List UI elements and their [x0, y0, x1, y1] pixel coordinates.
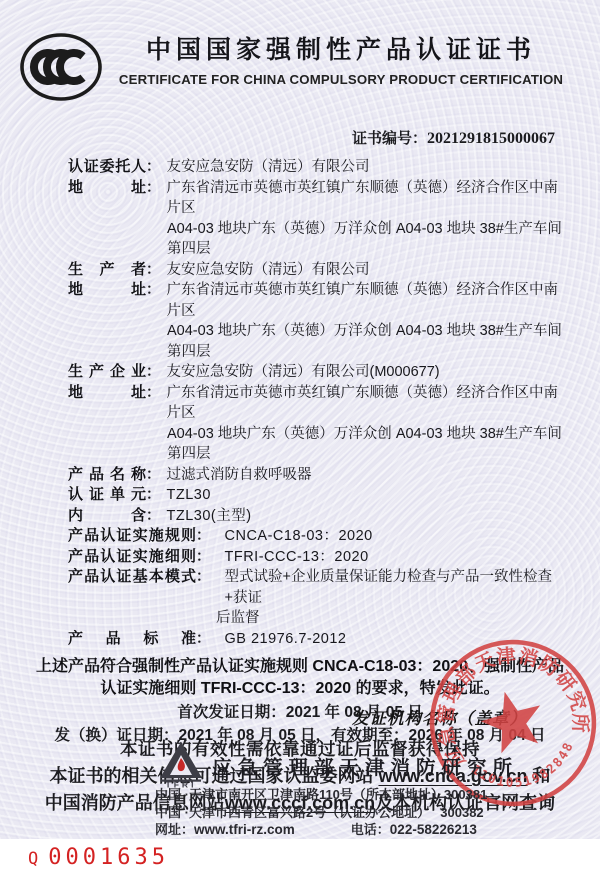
certificate-number-row: 证书编号：2021291815000067: [352, 127, 600, 148]
field-label: 地址: [68, 178, 146, 199]
field-colon: ：: [196, 547, 211, 568]
certificate-subtitle: CERTIFICATE FOR CHINA COMPULSORY PRODUCT…: [106, 72, 576, 87]
field-value: CNCA-C18-03：2020: [225, 526, 563, 547]
field-value: 型式试验+企业质量保证能力检查与产品一致性检查+获证: [225, 567, 563, 608]
field-colon: ：: [146, 383, 161, 404]
phone-label: 电话：: [351, 822, 390, 837]
field-colon: ：: [146, 485, 161, 506]
field-label: 内含: [68, 506, 146, 527]
certificate-serial: Q0001635: [28, 845, 169, 870]
field-colon: ：: [146, 465, 161, 486]
field-value: TFRI-CCC-13：2020: [225, 547, 563, 568]
field-value-line2: A04-03 地块广东（英德）万洋众创 A04-03 地块 38#生产车间第四层: [167, 424, 562, 465]
certificate-title: 中国国家强制性产品认证证书: [106, 30, 576, 66]
field-value: 广东省清远市英德市英红镇广东顺德（英德）经济合作区中南片区: [167, 383, 563, 424]
field-colon: ：: [146, 362, 161, 383]
ccc-mark-icon: [16, 28, 106, 111]
field-row-implementation-rule: 产品认证实施规则： CNCA-C18-03：2020: [68, 526, 562, 547]
issuer-address-2: 中国 ·天津市西青区富兴路2号（认证办公地址） 300382: [155, 804, 487, 822]
field-row-address: 地址： 广东省清远市英德市英红镇广东顺德（英德）经济合作区中南片区: [68, 178, 562, 219]
field-row-cert-unit: 认证单元： TZL30: [68, 485, 562, 506]
field-label: 生产者: [68, 260, 146, 281]
field-colon: ：: [146, 280, 161, 301]
field-colon: ：: [146, 260, 161, 281]
field-colon: ：: [146, 157, 161, 178]
field-row-applicant: 认证委托人： 友安应急安防（清远）有限公司: [68, 157, 562, 178]
field-label: 生产企业: [68, 362, 146, 383]
field-colon: ：: [146, 178, 161, 199]
serial-strip: Q0001635: [0, 839, 600, 872]
field-value: TZL30: [167, 485, 563, 506]
certificate-number-value: 2021291815000067: [427, 130, 555, 147]
field-value: 友安应急安防（清远）有限公司(M000677): [167, 362, 563, 383]
field-row-address: 地址： 广东省清远市英德市英红镇广东顺德（英德）经济合作区中南片区: [68, 383, 562, 424]
field-value-line2: A04-03 地块广东（英德）万洋众创 A04-03 地块 38#生产车间第四层: [167, 219, 562, 260]
field-row-address: 地址： 广东省清远市英德市英红镇广东顺德（英德）经济合作区中南片区: [68, 280, 562, 321]
issuer-address-1: 中国 ·天津市南开区卫津南路110号（所本部地址）300381: [155, 786, 487, 804]
field-value: 友安应急安防（清远）有限公司: [167, 157, 563, 178]
field-row-factory: 生产企业： 友安应急安防（清远）有限公司(M000677): [68, 362, 562, 383]
seal-star-icon: [475, 684, 550, 756]
certificate-fields: 认证委托人： 友安应急安防（清远）有限公司 地址： 广东省清远市英德市英红镇广东…: [68, 157, 562, 649]
field-colon: ：: [196, 629, 211, 650]
issuer-address-block: 中国 ·天津市南开区卫津南路110号（所本部地址）300381 中国 ·天津市西…: [155, 786, 487, 839]
field-value: 过滤式消防自救呼吸器: [167, 465, 563, 486]
certificate-page: 中国国家强制性产品认证证书 CERTIFICATE FOR CHINA COMP…: [0, 0, 600, 872]
field-label: 地址: [68, 383, 146, 404]
serial-prefix: Q: [28, 849, 48, 869]
field-value: 广东省清远市英德市英红镇广东顺德（英德）经济合作区中南片区: [167, 178, 563, 219]
field-row-contains: 内含： TZL30(主型): [68, 506, 562, 527]
website-label: 网址：: [155, 822, 194, 837]
issuer-phone: 022-58226213: [390, 822, 477, 837]
issuer-website-link[interactable]: www.tfri-rz.com: [194, 822, 295, 837]
title-block: 中国国家强制性产品认证证书 CERTIFICATE FOR CHINA COMP…: [106, 24, 580, 87]
certificate-header: 中国国家强制性产品认证证书 CERTIFICATE FOR CHINA COMP…: [0, 0, 600, 111]
field-colon: ：: [196, 526, 211, 547]
field-label: 认证委托人: [68, 157, 146, 178]
field-row-basic-mode: 产品认证基本模式： 型式试验+企业质量保证能力检查与产品一致性检查+获证: [68, 567, 562, 608]
field-row-manufacturer: 生产者： 友安应急安防（清远）有限公司: [68, 260, 562, 281]
field-row-product-name: 产品名称： 过滤式消防自救呼吸器: [68, 465, 562, 486]
field-label: 产品认证基本模式: [68, 567, 196, 588]
serial-number: 0001635: [48, 845, 169, 870]
field-value: 广东省清远市英德市英红镇广东顺德（英德）经济合作区中南片区: [167, 280, 563, 321]
field-label: 认证单元: [68, 485, 146, 506]
field-label: 产品认证实施规则: [68, 526, 196, 547]
field-label: 产品标准: [68, 629, 196, 650]
field-label: 产品名称: [68, 465, 146, 486]
field-label: 产品认证实施细则: [68, 547, 196, 568]
field-value-line2: 后监督: [216, 608, 562, 629]
certificate-number-label: 证书编号：: [352, 130, 427, 147]
field-value: 友安应急安防（清远）有限公司: [167, 260, 563, 281]
field-colon: ：: [196, 567, 211, 588]
field-colon: ：: [146, 506, 161, 527]
field-label: 地址: [68, 280, 146, 301]
field-row-implementation-detail: 产品认证实施细则： TFRI-CCC-13：2020: [68, 547, 562, 568]
issuer-contact-line: 网址：www.tfri-rz.com电话：022-58226213: [155, 821, 487, 839]
field-value: TZL30(主型): [167, 506, 563, 527]
issuer-name: 应急管理部天津消防研究所: [212, 752, 518, 780]
field-value-line2: A04-03 地块广东（英德）万洋众创 A04-03 地块 38#生产车间第四层: [167, 321, 562, 362]
